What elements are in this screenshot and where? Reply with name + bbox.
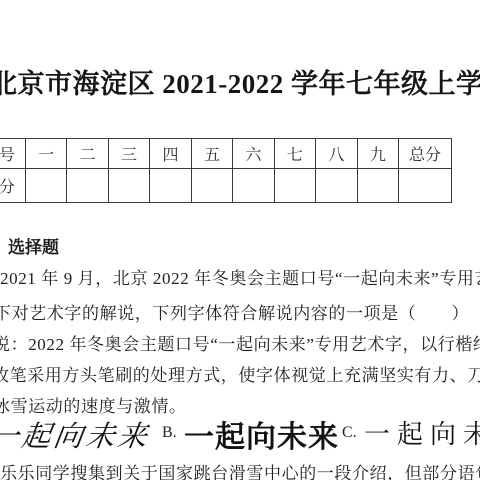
score-cell [25, 169, 66, 203]
score-cell [399, 169, 452, 203]
score-table-header-cell: 二 [67, 139, 108, 169]
score-table-header-cell: 题号 [0, 139, 25, 169]
score-table-header-row: 题号 一 二 三 四 五 六 七 八 九 总分 [0, 139, 452, 169]
score-table-header-cell: 四 [150, 139, 191, 169]
score-cell [316, 169, 357, 203]
score-table-header-cell: 八 [316, 139, 357, 169]
question1-explanation-line1: 说：2022 年冬奥会主题口号“一起向未来”专用艺术字，以行楷结构为基础，起 [0, 330, 480, 355]
score-table-header-cell: 一 [25, 139, 66, 169]
question2-text-line1: 乐乐同学搜集到关于国家跳台滑雪中心的一段介绍，但部分语句顺序不当。请你 [0, 459, 480, 480]
score-table-header-cell: 三 [108, 139, 149, 169]
question1-explanation-line2: 收笔采用方头笔刷的处理方式，使字体视觉上充满坚实有力、刀笔相生的笔意，体 [0, 361, 480, 386]
option-b-label: B. [162, 424, 177, 442]
question1-text-line1: 2021 年 9 月，北京 2022 年冬奥会主题口号“一起向未来”专用艺术字发… [0, 264, 480, 289]
score-cell [274, 169, 315, 203]
score-table-header-cell: 九 [357, 139, 398, 169]
score-cell [357, 169, 398, 203]
score-cell [67, 169, 108, 203]
option-b-calligraphy-sample: 一起向未来 [184, 412, 339, 456]
score-table-header-cell: 六 [233, 139, 274, 169]
score-row-label: 得分 [0, 169, 25, 203]
score-table-header-cell: 七 [274, 139, 315, 169]
option-c-calligraphy-sample: 一起向未来 [364, 414, 480, 451]
section-heading-multiple-choice: 选择题 [8, 233, 59, 258]
option-c-label: C. [342, 424, 357, 442]
option-a-calligraphy-sample: 一起向未来 [0, 414, 153, 455]
score-table: 题号 一 二 三 四 五 六 七 八 九 总分 得分 [0, 138, 452, 203]
exam-document-page: 北京市海淀区 2021-2022 学年七年级上学期期末语文试题 题号 一 二 三… [0, 0, 480, 480]
score-table-header-cell: 总分 [399, 139, 452, 169]
score-table-header-cell: 五 [191, 139, 232, 169]
score-cell [150, 169, 191, 203]
question1-text-line2: 下对艺术字的解说，下列字体符合解说内容的一项是（ ） [0, 299, 469, 324]
score-cell [191, 169, 232, 203]
score-table-score-row: 得分 [0, 169, 452, 203]
score-cell [108, 169, 149, 203]
page-title: 北京市海淀区 2021-2022 学年七年级上学期期末语文试题 [0, 62, 480, 101]
score-cell [233, 169, 274, 203]
